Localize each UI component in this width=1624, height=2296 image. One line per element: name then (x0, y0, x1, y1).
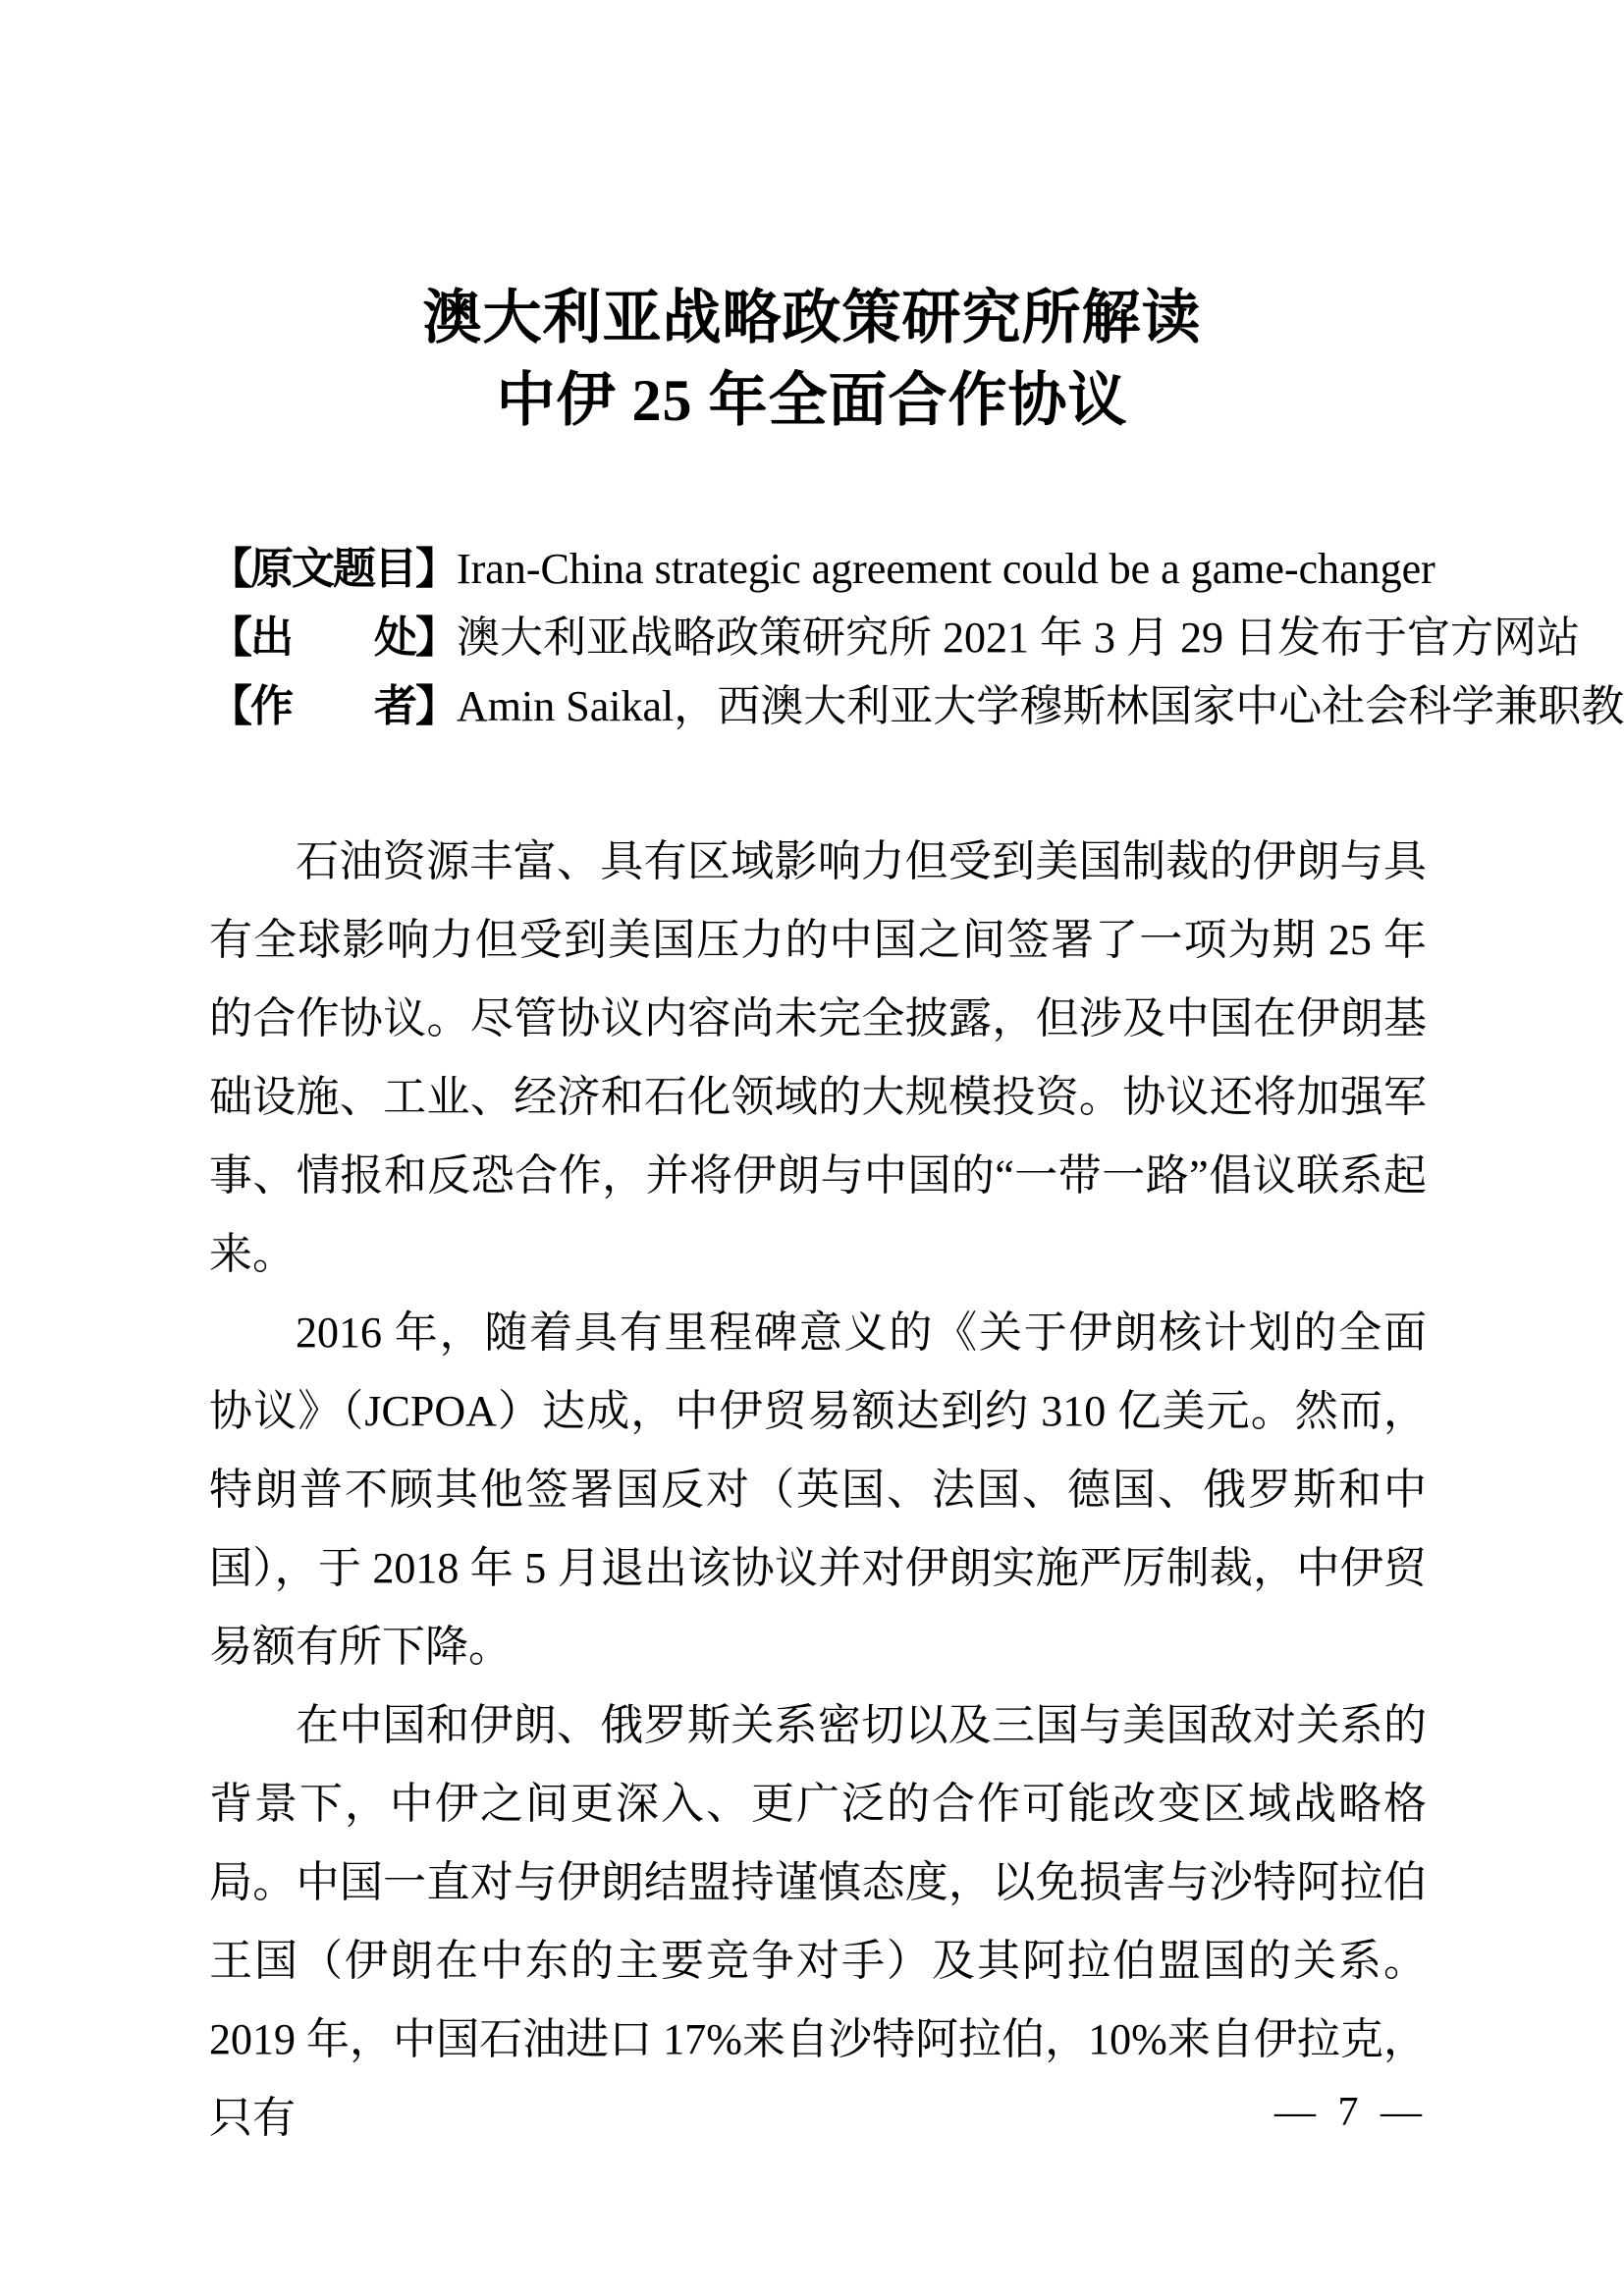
meta-row-author: 【作 者】Amin Saikal，西澳大利亚大学穆斯林国家中心社会科学兼职教授 (209, 672, 1427, 741)
meta-content-author: Amin Saikal，西澳大利亚大学穆斯林国家中心社会科学兼职教授 (457, 682, 1624, 730)
metadata-block: 【原文题目】Iran-China strategic agreement cou… (209, 535, 1427, 741)
page-number: — 7 — (1274, 2089, 1428, 2136)
document-body: 石油资源丰富、具有区域影响力但受到美国制裁的伊朗与具有全球影响力但受到美国压力的… (209, 823, 1427, 2158)
meta-row-source: 【出 处】澳大利亚战略政策研究所 2021 年 3 月 29 日发布于官方网站 (209, 604, 1427, 672)
body-paragraph-1: 石油资源丰富、具有区域影响力但受到美国制裁的伊朗与具有全球影响力但受到美国压力的… (209, 823, 1427, 1294)
document-title-line-1: 澳大利亚战略政策研究所解读 (0, 277, 1624, 359)
document-title: 澳大利亚战略政策研究所解读 中伊 25 年全面合作协议 (0, 277, 1624, 442)
meta-content-source: 澳大利亚战略政策研究所 2021 年 3 月 29 日发布于官方网站 (457, 614, 1580, 662)
body-paragraph-2: 2016 年，随着具有里程碑意义的《关于伊朗核计划的全面协议》（JCPOA）达成… (209, 1294, 1427, 1686)
meta-row-original-title: 【原文题目】Iran-China strategic agreement cou… (209, 535, 1427, 604)
meta-content-original-title: Iran-China strategic agreement could be … (457, 545, 1435, 593)
meta-label-author: 【作 者】 (209, 682, 457, 730)
document-page: 澳大利亚战略政策研究所解读 中伊 25 年全面合作协议 【原文题目】Iran-C… (0, 0, 1624, 2296)
document-title-line-2: 中伊 25 年全面合作协议 (0, 359, 1624, 442)
meta-label-original-title: 【原文题目】 (209, 545, 457, 593)
meta-label-source: 【出 处】 (209, 614, 457, 662)
body-paragraph-3: 在中国和伊朗、俄罗斯关系密切以及三国与美国敌对关系的背景下，中伊之间更深入、更广… (209, 1686, 1427, 2158)
